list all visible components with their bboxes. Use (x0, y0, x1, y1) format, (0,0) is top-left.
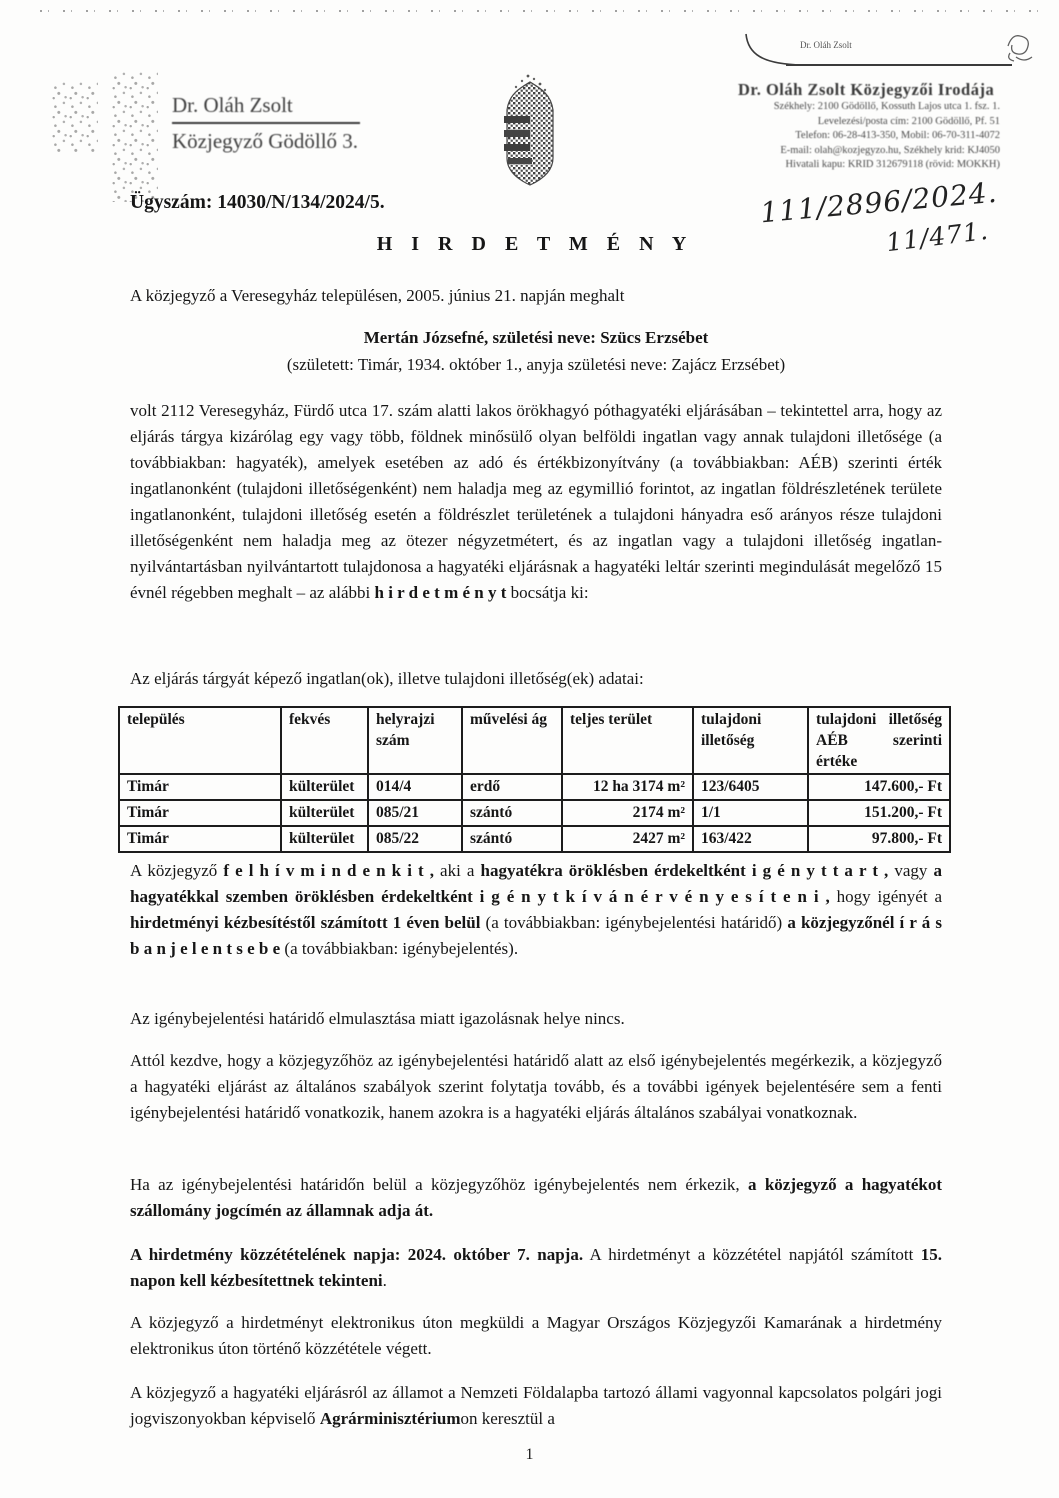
deceased-birth-data: (született: Timár, 1934. október 1., any… (130, 352, 942, 378)
text-run: (a továbbiakban: igénybejelentési határi… (480, 913, 787, 932)
text-run: Ha az igénybejelentési határidőn belül a… (130, 1175, 748, 1194)
table-header-row: településfekvéshelyrajzi szám művelési á… (119, 707, 950, 774)
table-column-header: teljes terület (562, 707, 693, 774)
text-run: bocsátja ki: (506, 583, 588, 602)
table-cell: 12 ha 3174 m² (562, 774, 693, 800)
scan-noise-blob (112, 72, 158, 202)
document-title: H I R D E T M É N Y (130, 233, 940, 256)
table-cell: 147.600,- Ft (808, 774, 950, 800)
fax-header-curve (744, 32, 804, 75)
office-address: Székhely: 2100 Gödöllő, Kossuth Lajos ut… (738, 100, 1000, 115)
table-column-header: művelési ág (462, 707, 562, 774)
table-cell: szántó (462, 800, 562, 826)
letterhead-left: Dr. Oláh Zsolt Közjegyző Gödöllő 3. (172, 90, 360, 157)
table-row: Timárkülterület014/4erdő12 ha 3174 m²123… (119, 774, 950, 800)
text-run: Agrárminisztérium (320, 1409, 461, 1428)
scan-noise-blob (52, 82, 98, 152)
letterhead-right: Dr. Oláh Zsolt Közjegyzői Irodája Székhe… (738, 80, 1000, 173)
letterhead-rule (172, 122, 360, 124)
no-excuse-paragraph: Az igénybejelentési határidő elmulasztás… (130, 1006, 942, 1032)
hungarian-coat-of-arms (498, 72, 562, 193)
mokk-paragraph: A közjegyző a hirdetményt elektronikus ú… (130, 1310, 942, 1362)
scanned-document-page: Dr. Oláh Zsolt Közjegyző Gödöllő 3. (0, 0, 1059, 1498)
notary-title: Közjegyző Gödöllő 3. (172, 126, 360, 157)
table-cell: 085/21 (368, 800, 462, 826)
table-cell: 2427 m² (562, 826, 693, 852)
scan-artifact-line (40, 10, 1040, 12)
notary-name: Dr. Oláh Zsolt (172, 90, 360, 121)
table-cell: 2174 m² (562, 800, 693, 826)
text-run: i g é n y t k í v á n é r v é n y e s í … (480, 887, 830, 906)
table-cell: 123/6405 (693, 774, 808, 800)
text-run: hogy igényét a (830, 887, 942, 906)
table-cell: 163/422 (693, 826, 808, 852)
ministry-paragraph: A közjegyző a hagyatéki eljárásról az ál… (130, 1380, 942, 1432)
text-run: A közjegyző (130, 861, 223, 880)
text-run: . (383, 1271, 387, 1290)
table-cell: szántó (462, 826, 562, 852)
table-caption: Az eljárás tárgyát képező ingatlan(ok), … (130, 666, 942, 692)
table-cell: 085/22 (368, 826, 462, 852)
office-email: E-mail: olah@kozjegyzo.hu, Székhely krid… (738, 144, 1000, 159)
table-cell: 1/1 (693, 800, 808, 826)
text-run: hirdetményi kézbesítéstől számított 1 év… (130, 913, 480, 932)
text-run: h i r d e t m é n y t (375, 583, 507, 602)
text-run: A hirdetmény közzétételének napja: 2024.… (130, 1245, 583, 1264)
text-run: i g é n y t t a r t , (752, 861, 888, 880)
office-postal: Levelezési/posta cím: 2100 Gödöllő, Pf. … (738, 115, 1000, 130)
table-cell: 151.200,- Ft (808, 800, 950, 826)
table-column-header: település (119, 707, 281, 774)
table-row: Timárkülterület085/21szántó2174 m²1/1151… (119, 800, 950, 826)
publication-date-paragraph: A hirdetmény közzétételének napja: 2024.… (130, 1242, 942, 1294)
table-column-header: tulajdoni illetőség AÉB szerinti értéke (808, 707, 950, 774)
fax-header-scribble-icon (1002, 28, 1038, 67)
text-run: volt 2112 Veresegyház, Fürdő utca 17. sz… (130, 401, 942, 602)
table-cell: külterület (281, 800, 368, 826)
deceased-name: Mertán Józsefné, születési neve: Szücs E… (130, 325, 942, 351)
table-cell: 014/4 (368, 774, 462, 800)
table-cell: 97.800,- Ft (808, 826, 950, 852)
office-name: Dr. Oláh Zsolt Közjegyzői Irodája (738, 80, 1000, 100)
table-column-header: tulajdoni illetőség (693, 707, 808, 774)
table-cell: Timár (119, 774, 281, 800)
table-column-header: helyrajzi szám (368, 707, 462, 774)
page-number: 1 (0, 1446, 1059, 1464)
text-run: A hirdetményt a közzététel napjától szám… (583, 1245, 921, 1264)
text-run: vagy (888, 861, 933, 880)
text-run: f e l h í v m i n d e n k i t , (223, 861, 434, 880)
table-cell: erdő (462, 774, 562, 800)
state-escheat-paragraph: Ha az igénybejelentési határidőn belül a… (130, 1172, 942, 1224)
intro-line: A közjegyző a Veresegyház településen, 2… (130, 283, 942, 309)
body-paragraph: volt 2112 Veresegyház, Fürdő utca 17. sz… (130, 398, 942, 606)
table-column-header: fekvés (281, 707, 368, 774)
table-cell: külterület (281, 826, 368, 852)
table-cell: Timár (119, 800, 281, 826)
call-paragraph: A közjegyző f e l h í v m i n d e n k i … (130, 858, 942, 962)
text-run: hagyatékra öröklésben érdekeltként (481, 861, 752, 880)
office-phone: Telefon: 06-28-413-350, Mobil: 06-70-311… (738, 129, 1000, 144)
text-run: on keresztül a (461, 1409, 555, 1428)
fax-header-line (786, 64, 1012, 66)
table-row: Timárkülterület085/22szántó2427 m²163/42… (119, 826, 950, 852)
office-krid: Hivatali kapu: KRID 312679118 (rövid: MO… (738, 158, 1000, 173)
fax-header-name: Dr. Oláh Zsolt (800, 40, 852, 50)
table-cell: Timár (119, 826, 281, 852)
from-then-paragraph: Attól kezdve, hogy a közjegyzőhöz az igé… (130, 1048, 942, 1126)
property-table: településfekvéshelyrajzi szám művelési á… (118, 706, 951, 853)
text-run: aki a (434, 861, 481, 880)
table-cell: külterület (281, 774, 368, 800)
text-run: (a továbbiakban: igénybejelentés). (280, 939, 518, 958)
case-number: Ügyszám: 14030/N/134/2024/5. (130, 192, 385, 214)
